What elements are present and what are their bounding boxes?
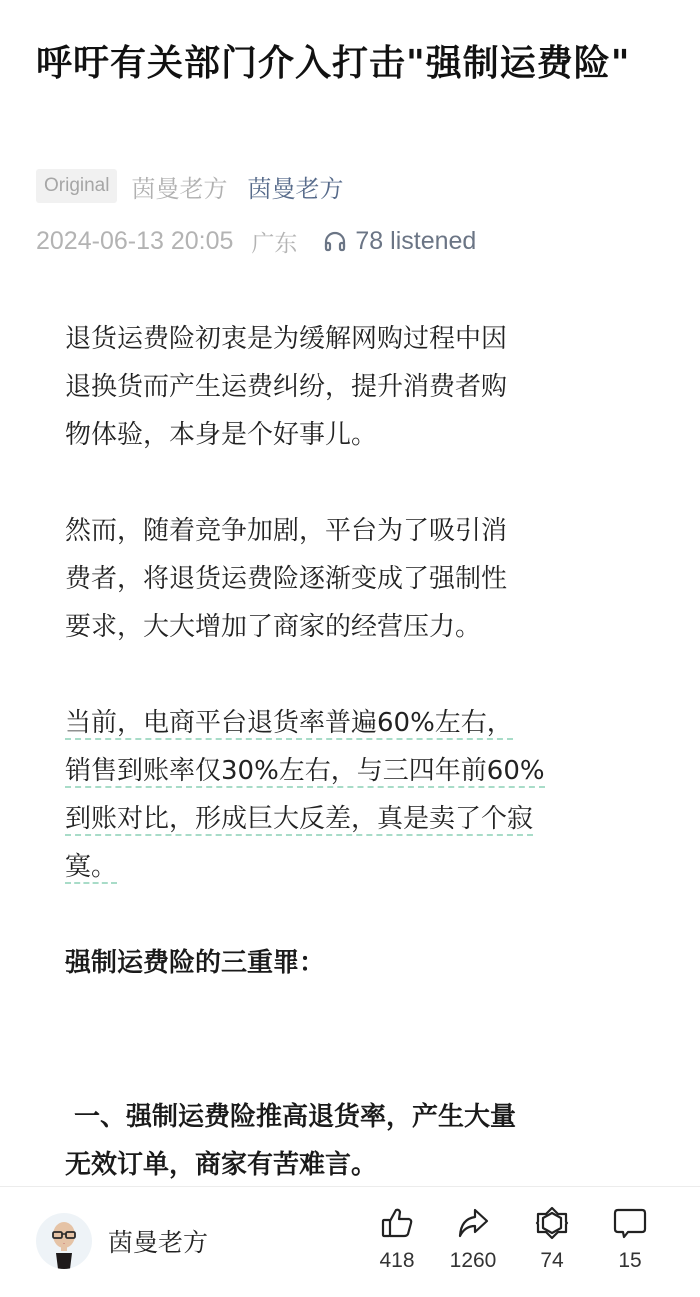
publish-datetime: 2024-06-13 20:05 [36, 227, 233, 256]
account-name: 茵曼老方 [131, 169, 227, 204]
article-body: 退货运费险初衷是为缓解网购过程中因 退换货而产生运费纠纷，提升消费者购 物体验，… [65, 315, 625, 1295]
headphones-icon [323, 229, 347, 253]
article-info: 2024-06-13 20:05 广东 78 listened [36, 222, 476, 260]
author-name[interactable]: 茵曼老方 [108, 1223, 208, 1259]
publish-region: 广东 [251, 225, 297, 258]
wow-button[interactable]: 74 [522, 1205, 582, 1273]
listen-button[interactable]: 78 listened [323, 227, 476, 256]
author-avatar[interactable] [36, 1213, 92, 1269]
bottom-action-bar: 茵曼老方 418 1260 74 15 [0, 1186, 700, 1297]
comment-button[interactable]: 15 [600, 1205, 660, 1273]
wow-icon [534, 1205, 570, 1241]
share-button[interactable]: 1260 [443, 1205, 503, 1273]
like-button[interactable]: 418 [367, 1205, 427, 1273]
author-link[interactable]: 茵曼老方 [247, 169, 343, 204]
listen-count: 78 listened [355, 227, 476, 256]
paragraph-1: 退货运费险初衷是为缓解网购过程中因 退换货而产生运费纠纷，提升消费者购 物体验，… [65, 315, 625, 459]
thumbs-up-icon [379, 1205, 415, 1241]
article-meta: Original 茵曼老方 茵曼老方 [36, 168, 343, 204]
paragraph-2: 然而，随着竞争加剧，平台为了吸引消 费者，将退货运费险逐渐变成了强制性 要求，大… [65, 507, 625, 651]
subsection-heading-1: 一、强制运费险推高退货率，产生大量无效订单，商家有苦难言。 [65, 1045, 625, 1189]
section-heading: 强制运费险的三重罪： [65, 939, 625, 987]
paragraph-3-highlighted[interactable]: 当前，电商平台退货率普遍60%左右， 销售到账率仅30%左右，与三四年前60% … [65, 699, 625, 891]
share-icon [455, 1205, 491, 1241]
action-buttons: 418 1260 74 15 [370, 1205, 670, 1285]
comment-icon [612, 1205, 648, 1241]
original-badge: Original [36, 169, 117, 203]
avatar-illustration [36, 1213, 92, 1269]
article-title: 呼吁有关部门介入打击"强制运费险" [36, 36, 656, 92]
